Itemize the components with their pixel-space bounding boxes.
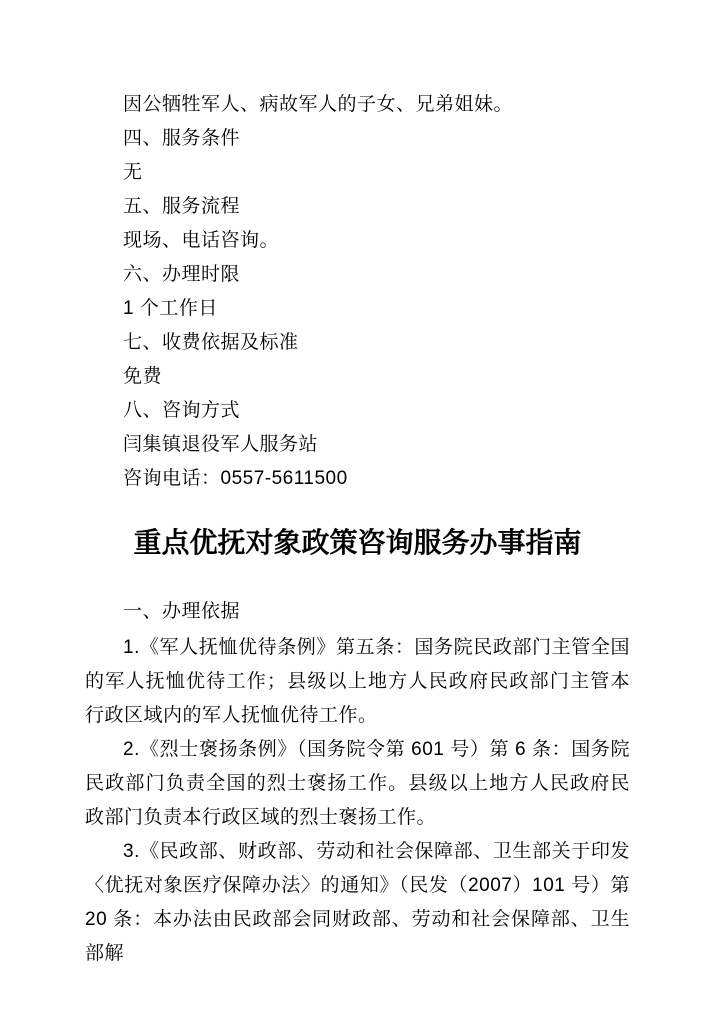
basis-paragraph-1: 1.《军人抚恤优待条例》第五条：国务院民政部门主管全国的军人抚恤优待工作；县级以… — [85, 631, 630, 733]
doc-line-section-6-heading: 六、办理时限 — [85, 258, 630, 292]
guide-title: 重点优抚对象政策咨询服务办事指南 — [85, 522, 630, 564]
doc-line-section-8-heading: 八、咨询方式 — [85, 394, 630, 428]
basis-paragraph-2: 2.《烈士褒扬条例》（国务院令第 601 号）第 6 条：国务院民政部门负责全国… — [85, 733, 630, 835]
doc-line-section-7-value: 免费 — [85, 360, 630, 394]
doc-line-section-5-value: 现场、电话咨询。 — [85, 224, 630, 258]
doc-line-service-station: 闫集镇退役军人服务站 — [85, 428, 630, 462]
doc-line-sanction-children: 因公牺牲军人、病故军人的子女、兄弟姐妹。 — [85, 88, 630, 122]
document-content: 因公牺牲军人、病故军人的子女、兄弟姐妹。 四、服务条件 无 五、服务流程 现场、… — [0, 0, 715, 971]
doc-line-section-4-value: 无 — [85, 156, 630, 190]
doc-line-section-7-heading: 七、收费依据及标准 — [85, 326, 630, 360]
basis-paragraph-3: 3.《民政部、财政部、劳动和社会保障部、卫生部关于印发〈优抚对象医疗保障办法〉的… — [85, 835, 630, 971]
document-page: 因公牺牲军人、病故军人的子女、兄弟姐妹。 四、服务条件 无 五、服务流程 现场、… — [0, 0, 715, 1011]
doc-line-section-5-heading: 五、服务流程 — [85, 190, 630, 224]
doc-line-phone: 咨询电话：0557-5611500 — [85, 462, 630, 496]
doc-line-section-4-heading: 四、服务条件 — [85, 122, 630, 156]
section-heading-basis: 一、办理依据 — [85, 595, 630, 629]
doc-line-section-6-value: 1 个工作日 — [85, 292, 630, 326]
